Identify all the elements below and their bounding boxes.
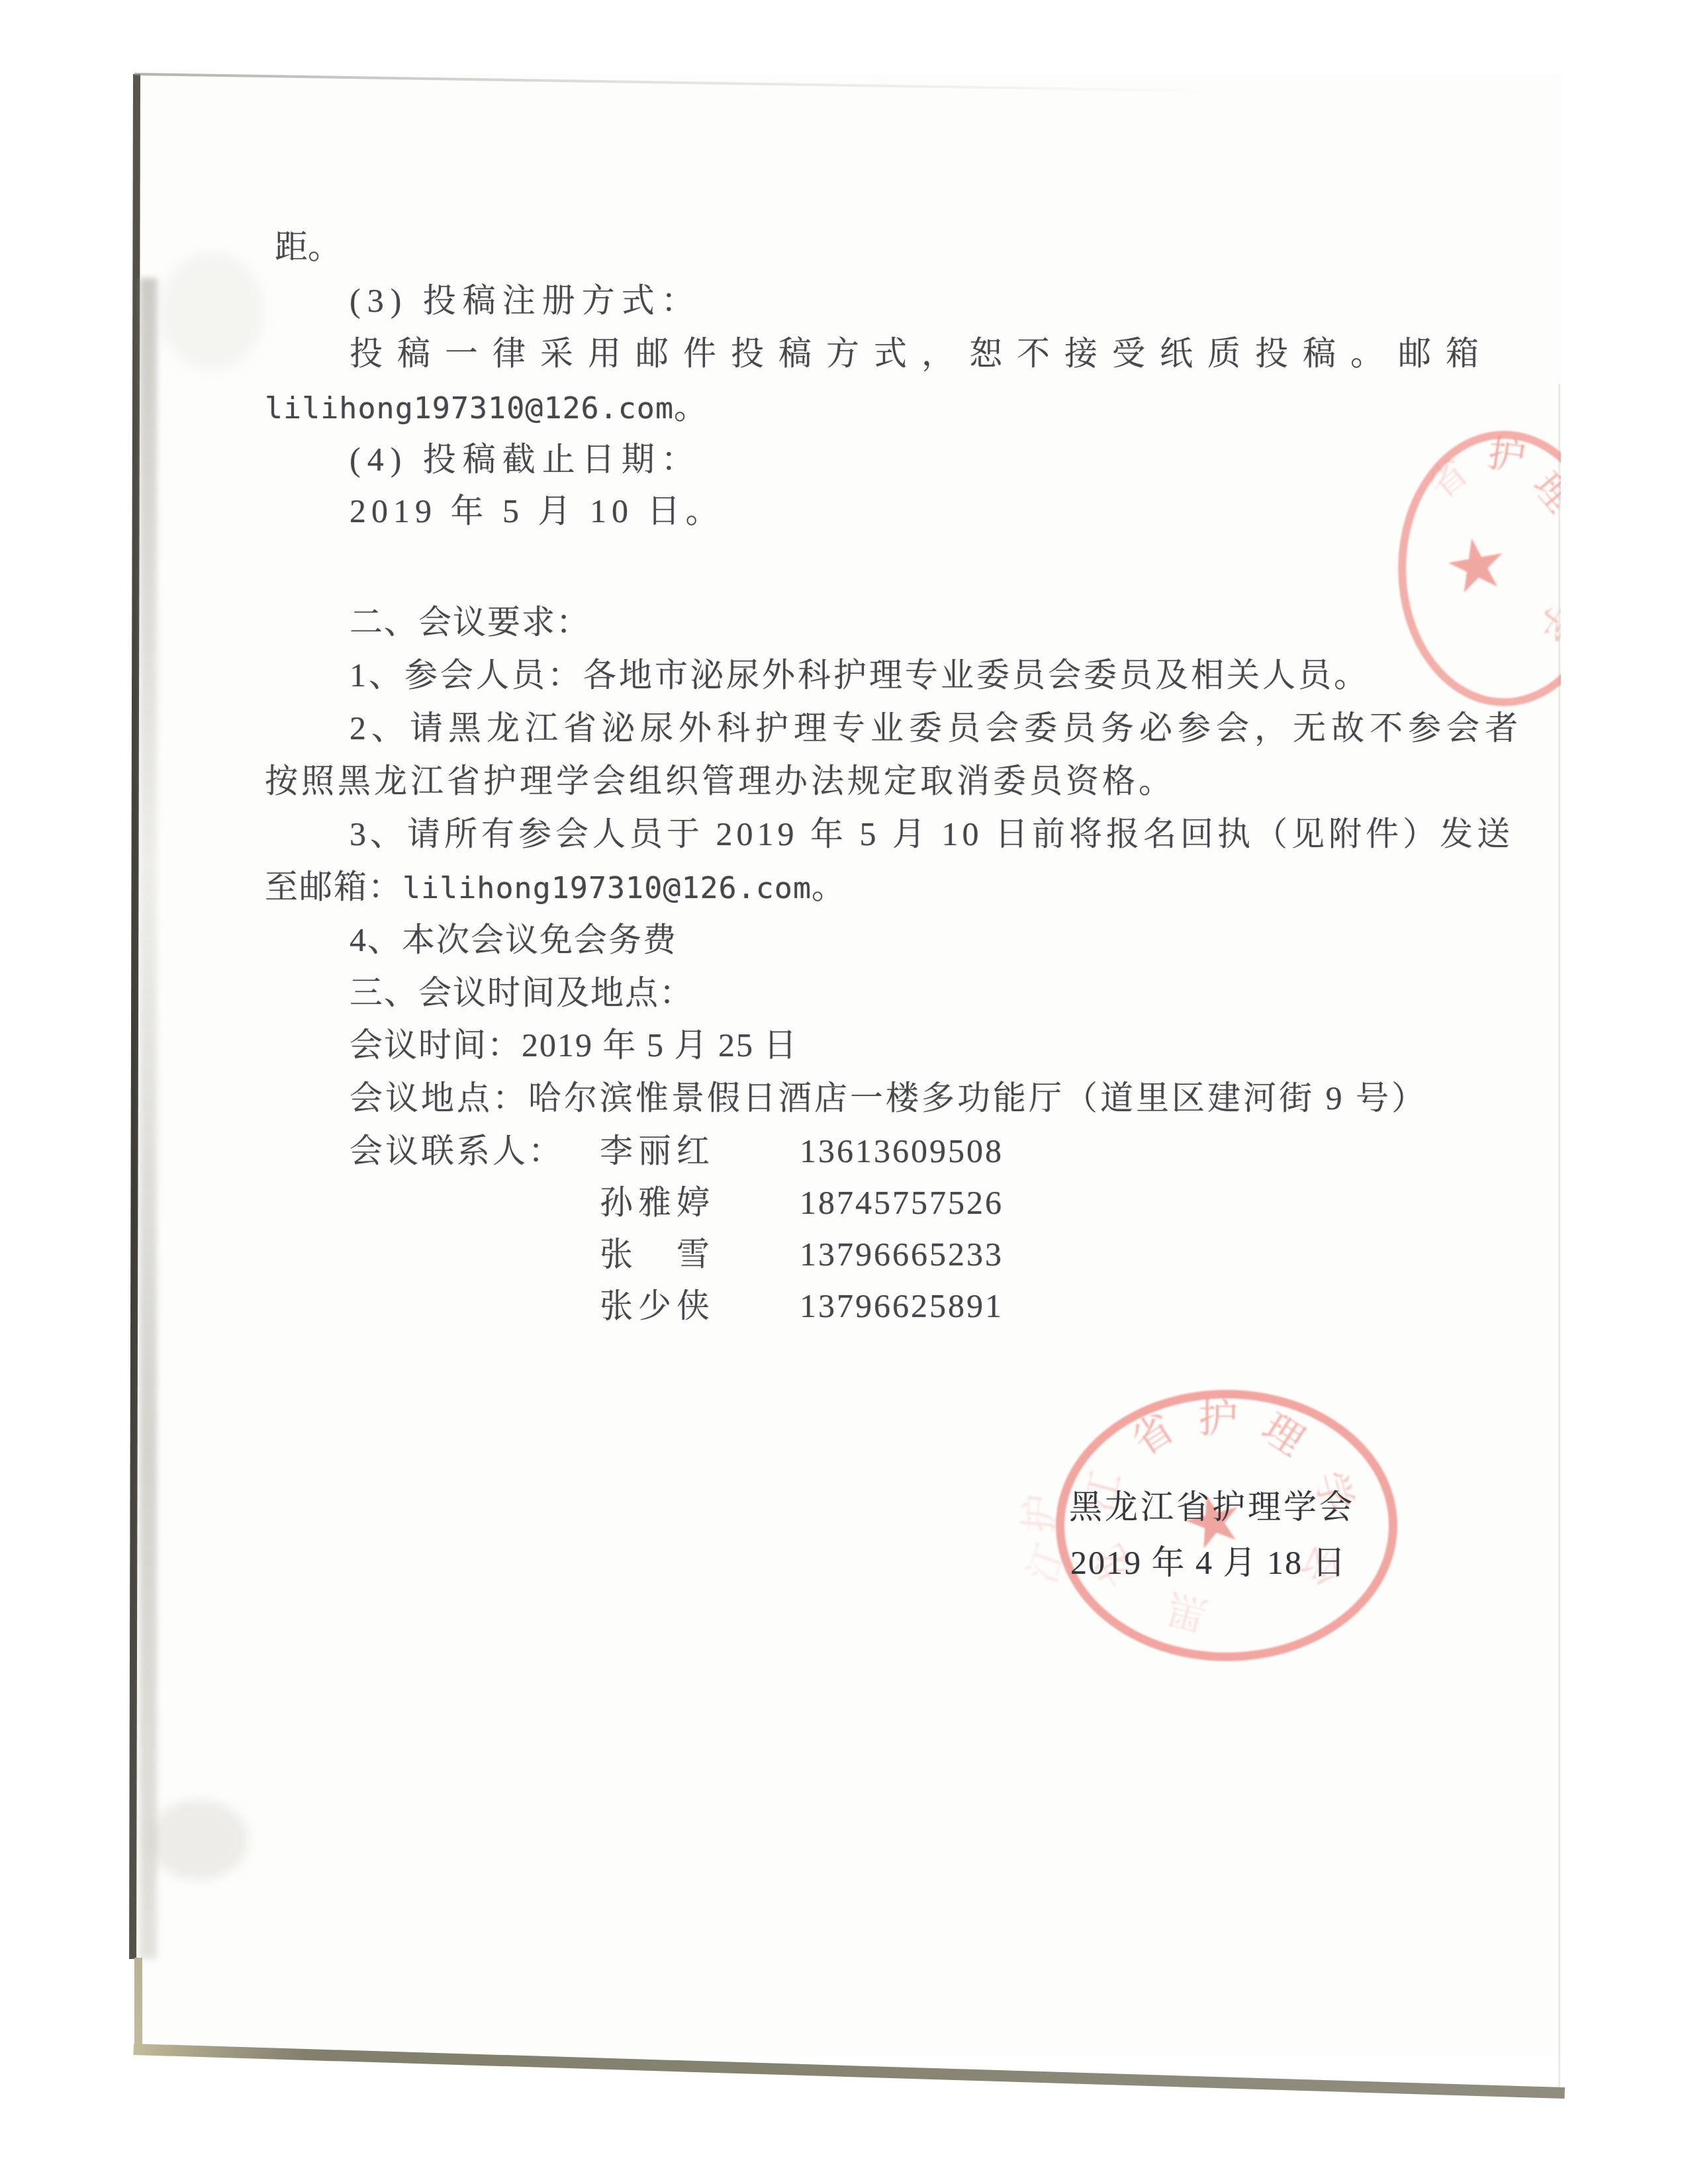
seal-ring-char: 护 — [1485, 434, 1528, 478]
seal-ring-char: 护 — [1197, 1398, 1239, 1440]
contact-row: 会议联系人： 李丽红 13613609508 — [0, 1131, 1688, 1171]
line-req2-part1: 2、请黑龙江省泌尿外科护理专业委员会委员务必参会，无故不参会者 — [350, 708, 1523, 748]
scanned-document-page: 距。 (3) 投稿注册方式： 投稿一律采用邮件投稿方式，恕不接受纸质投稿。邮箱 … — [0, 0, 1688, 2184]
official-seal-top-right: ★ 省 护 理 学 — [1380, 397, 1561, 715]
contact-phone: 13613609508 — [800, 1131, 1004, 1171]
contact-name: 孙雅婷 — [600, 1183, 715, 1222]
line-req4: 4、本次会议免会务费 — [350, 920, 677, 960]
line-sub4-heading: (4) 投稿截止日期： — [350, 439, 701, 479]
line-req1: 1、参会人员：各地市泌尿外科护理专业委员会委员及相关人员。 — [350, 655, 1370, 695]
contact-phone: 18745757526 — [800, 1183, 1004, 1222]
scan-left-edge-smudge — [140, 278, 157, 1959]
line-req3-part1: 3、请所有参会人员于 2019 年 5 月 10 日前将报名回执（见附件）发送 — [350, 814, 1514, 854]
line-sub3-heading: (3) 投稿注册方式： — [350, 281, 701, 320]
line-meeting-venue: 会议地点：哈尔滨惟景假日酒店一楼多功能厅（道里区建河街 9 号） — [350, 1078, 1427, 1118]
line-req2-part2: 按照黑龙江省护理学会组织管理办法规定取消委员资格。 — [265, 761, 1175, 801]
line-carryover: 距。 — [275, 227, 341, 267]
scan-smudge — [159, 251, 265, 371]
contact-phone: 13796665233 — [800, 1234, 1004, 1274]
seal-ghost-char: 护 — [1017, 1490, 1063, 1536]
line-section3-heading: 三、会议时间及地点： — [350, 973, 694, 1013]
line-sub3-email: lilihong197310@126.com。 — [265, 387, 707, 428]
email-address: lilihong197310@126.com — [402, 870, 812, 905]
contact-name: 张 雪 — [600, 1234, 715, 1274]
line-section2-heading: 二、会议要求： — [350, 602, 590, 642]
line-sub3-body: 投稿一律采用邮件投稿方式，恕不接受纸质投稿。邮箱 — [350, 334, 1493, 373]
signature-organization: 黑龙江省护理学会 — [1069, 1487, 1355, 1527]
contact-row: 张少侠 13796625891 — [0, 1286, 1688, 1326]
contact-row: 孙雅婷 18745757526 — [0, 1183, 1688, 1222]
email-address: lilihong197310@126.com — [265, 390, 674, 426]
contacts-label: 会议联系人： — [350, 1131, 564, 1171]
signature-date: 2019 年 4 月 18 日 — [1070, 1543, 1347, 1582]
line-meeting-time: 会议时间：2019 年 5 月 25 日 — [350, 1025, 798, 1065]
contact-name: 李丽红 — [600, 1131, 715, 1171]
contact-row: 张 雪 13796665233 — [0, 1234, 1688, 1274]
line-req3-part2: 至邮箱：lilihong197310@126.com。 — [265, 867, 846, 908]
contact-name: 张少侠 — [600, 1286, 715, 1326]
cjk-period: 。 — [674, 388, 707, 426]
email-prefix: 至邮箱： — [265, 868, 402, 905]
contact-phone: 13796625891 — [800, 1286, 1004, 1326]
line-sub4-deadline: 2019 年 5 月 10 日。 — [350, 491, 724, 531]
scan-left-edge-lower — [134, 1958, 142, 2049]
scan-smudge — [149, 1800, 248, 1880]
cjk-period: 。 — [812, 868, 846, 905]
